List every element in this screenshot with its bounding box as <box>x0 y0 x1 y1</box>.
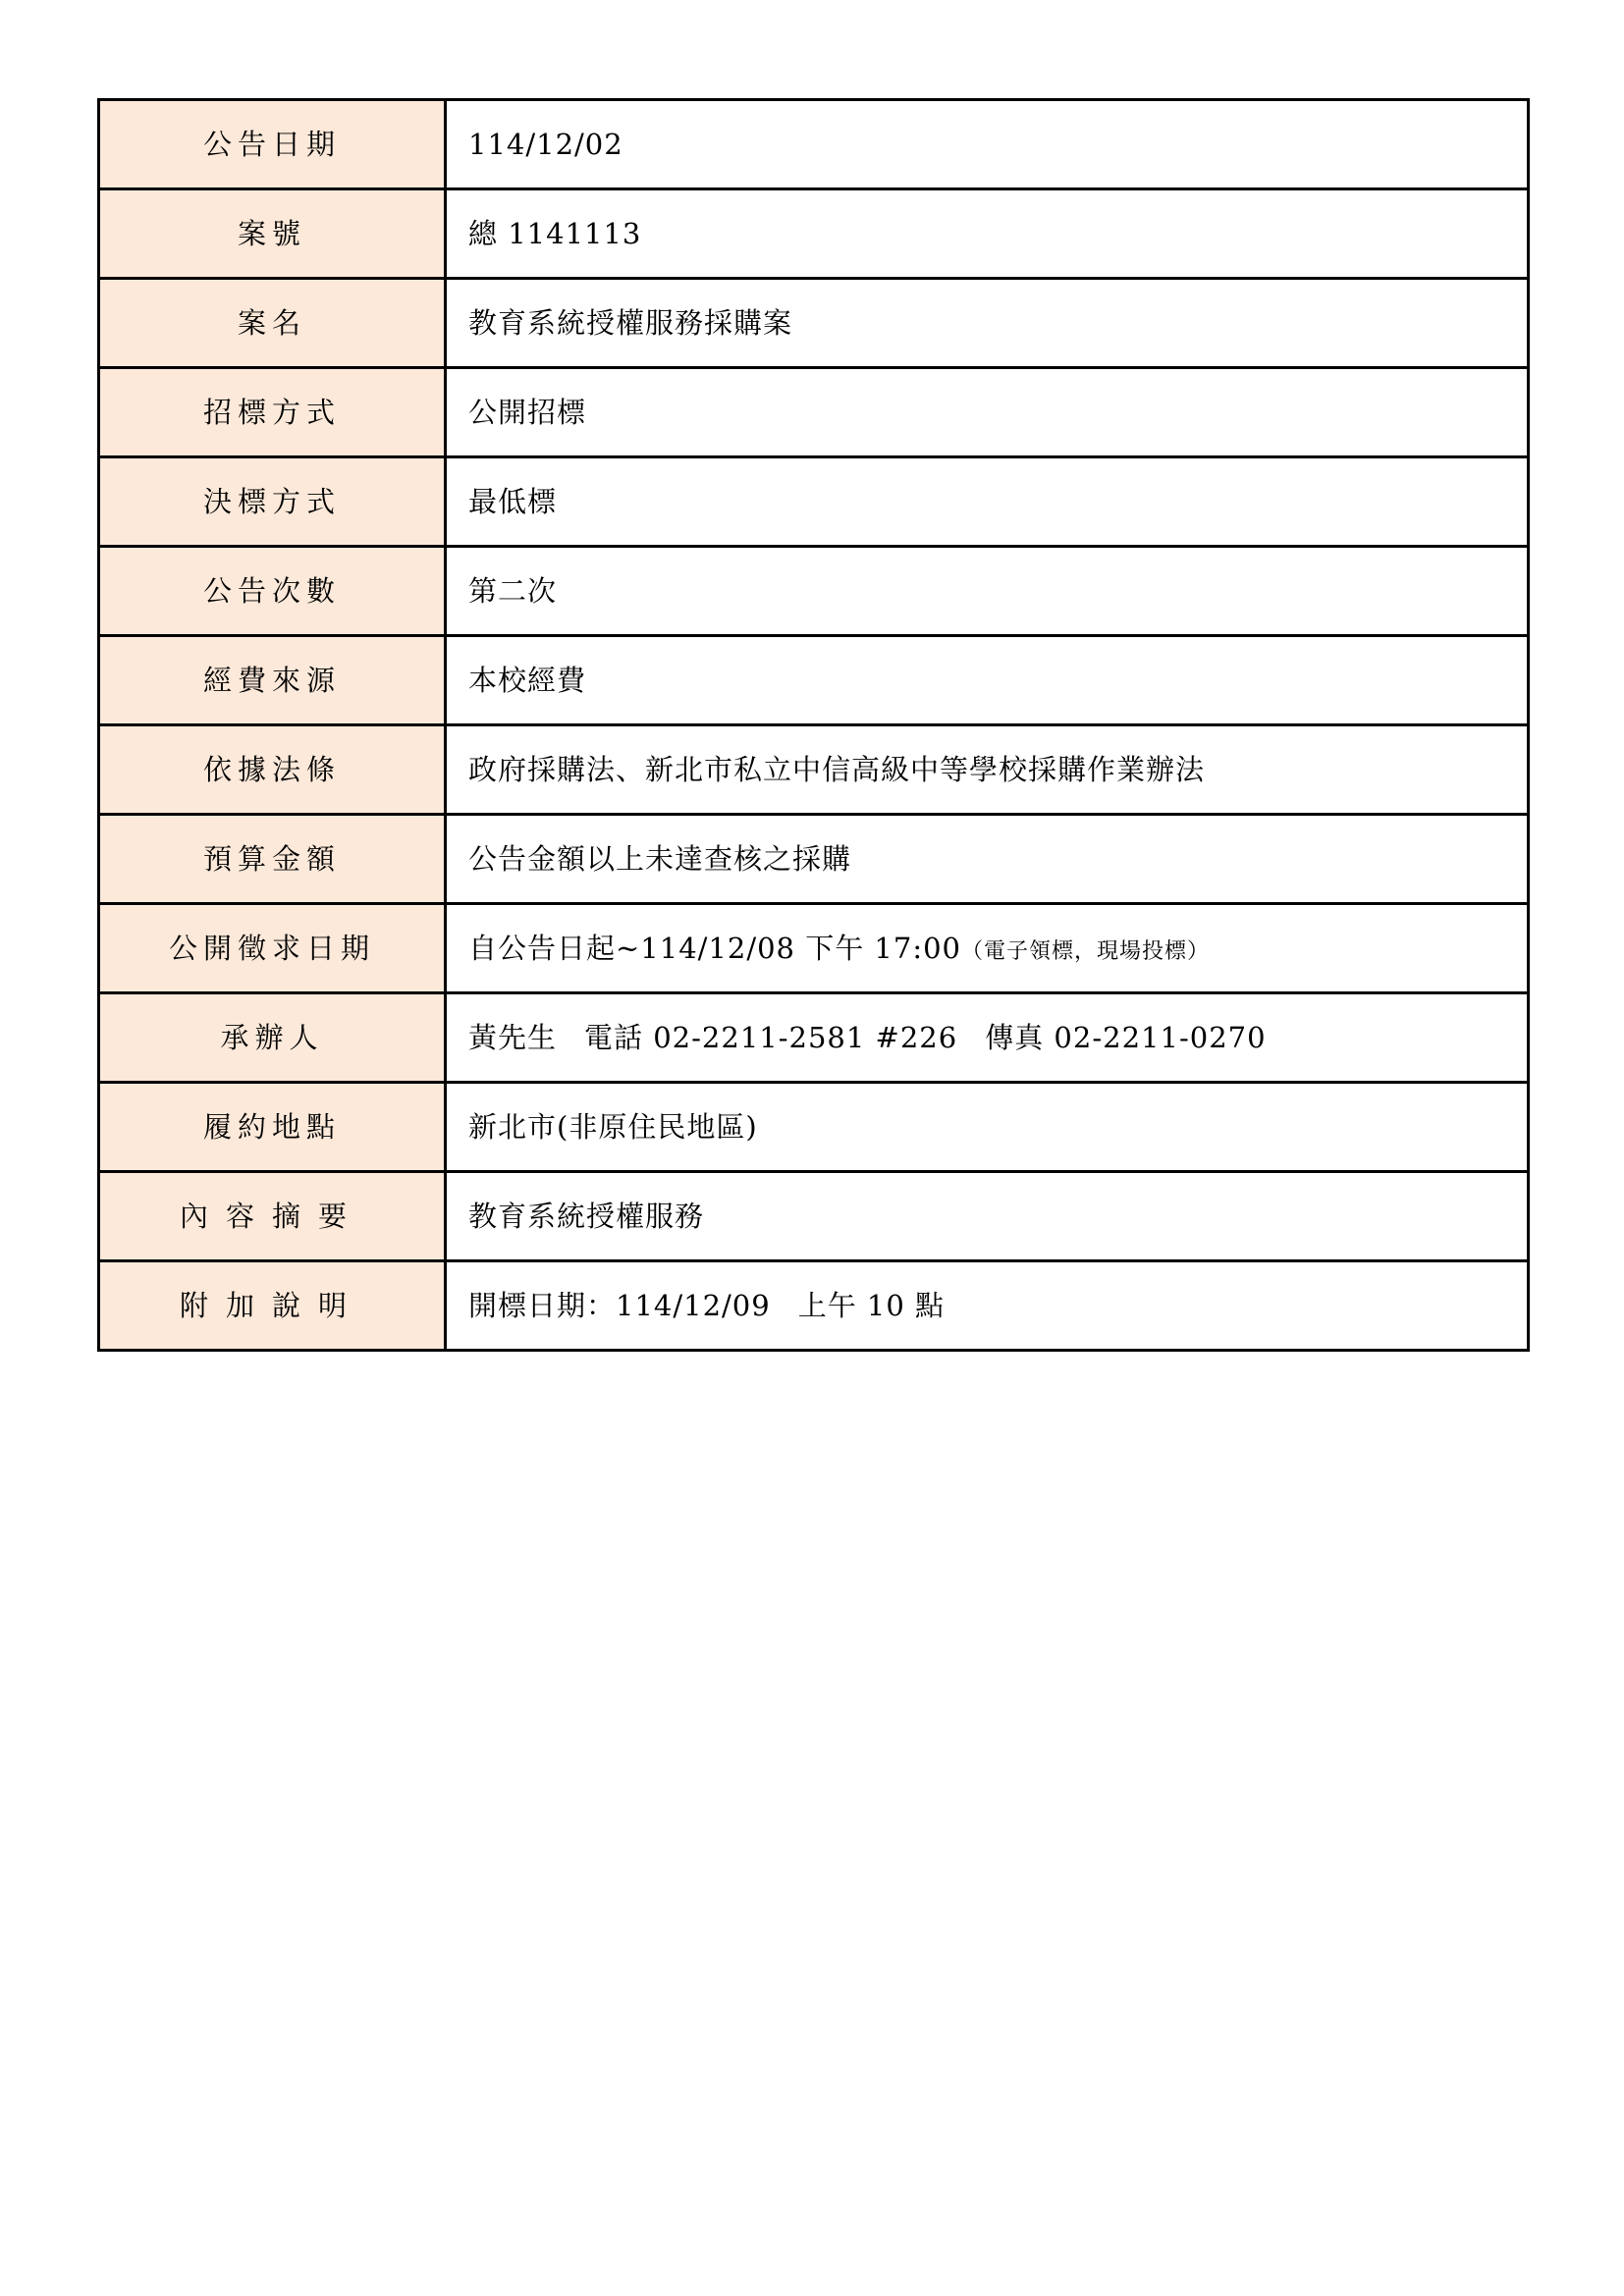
contact-name: 黃先生 <box>468 1021 557 1054</box>
row-contact-person: 承辦人 黃先生電話 02-2211-2581 #226傳真 02-2211-02… <box>99 993 1529 1083</box>
label-announcement-date: 公告日期 <box>99 100 446 189</box>
label-performance-location: 履約地點 <box>99 1083 446 1172</box>
row-announcement-date: 公告日期 114/12/02 <box>99 100 1529 189</box>
contact-phone: 電話 02-2211-2581 #226 <box>584 1021 957 1054</box>
value-funding-source: 本校經費 <box>446 636 1529 725</box>
value-tender-method: 公開招標 <box>446 368 1529 457</box>
value-case-name: 教育系統授權服務採購案 <box>446 279 1529 368</box>
label-case-number: 案號 <box>99 189 446 279</box>
row-case-name: 案名 教育系統授權服務採購案 <box>99 279 1529 368</box>
value-legal-basis: 政府採購法、新北市私立中信高級中等學校採購作業辦法 <box>446 725 1529 815</box>
label-case-name: 案名 <box>99 279 446 368</box>
label-tender-method: 招標方式 <box>99 368 446 457</box>
value-solicitation-period: 自公告日起~114/12/08 下午 17:00（電子領標，現場投標） <box>446 904 1529 993</box>
value-award-method: 最低標 <box>446 457 1529 547</box>
label-funding-source: 經費來源 <box>99 636 446 725</box>
value-announcement-date: 114/12/02 <box>446 100 1529 189</box>
label-announcement-count: 公告次數 <box>99 547 446 636</box>
row-legal-basis: 依據法條 政府採購法、新北市私立中信高級中等學校採購作業辦法 <box>99 725 1529 815</box>
label-solicitation-period: 公開徵求日期 <box>99 904 446 993</box>
row-case-number: 案號 總 1141113 <box>99 189 1529 279</box>
bid-opening-time: 上午 10 點 <box>798 1289 945 1322</box>
row-announcement-count: 公告次數 第二次 <box>99 547 1529 636</box>
label-additional-notes: 附加說明 <box>99 1261 446 1351</box>
value-content-summary: 教育系統授權服務 <box>446 1172 1529 1261</box>
solicitation-period-text: 自公告日起~114/12/08 下午 17:00 <box>468 932 961 965</box>
contact-fax: 傳真 02-2211-0270 <box>985 1021 1266 1054</box>
value-performance-location: 新北市(非原住民地區) <box>446 1083 1529 1172</box>
label-content-summary: 內容摘要 <box>99 1172 446 1261</box>
row-performance-location: 履約地點 新北市(非原住民地區) <box>99 1083 1529 1172</box>
label-award-method: 決標方式 <box>99 457 446 547</box>
row-additional-notes: 附加說明 開標日期：114/12/09上午 10 點 <box>99 1261 1529 1351</box>
row-tender-method: 招標方式 公開招標 <box>99 368 1529 457</box>
row-award-method: 決標方式 最低標 <box>99 457 1529 547</box>
row-content-summary: 內容摘要 教育系統授權服務 <box>99 1172 1529 1261</box>
label-budget-amount: 預算金額 <box>99 815 446 904</box>
value-announcement-count: 第二次 <box>446 547 1529 636</box>
row-funding-source: 經費來源 本校經費 <box>99 636 1529 725</box>
bid-opening-date: 開標日期：114/12/09 <box>468 1289 771 1322</box>
value-contact-person: 黃先生電話 02-2211-2581 #226傳真 02-2211-0270 <box>446 993 1529 1083</box>
value-additional-notes: 開標日期：114/12/09上午 10 點 <box>446 1261 1529 1351</box>
label-contact-person: 承辦人 <box>99 993 446 1083</box>
solicitation-period-note: （電子領標，現場投標） <box>961 939 1210 964</box>
value-budget-amount: 公告金額以上未達查核之採購 <box>446 815 1529 904</box>
row-solicitation-period: 公開徵求日期 自公告日起~114/12/08 下午 17:00（電子領標，現場投… <box>99 904 1529 993</box>
label-legal-basis: 依據法條 <box>99 725 446 815</box>
value-case-number: 總 1141113 <box>446 189 1529 279</box>
row-budget-amount: 預算金額 公告金額以上未達查核之採購 <box>99 815 1529 904</box>
tender-notice-table: 公告日期 114/12/02 案號 總 1141113 案名 教育系統授權服務採… <box>97 98 1530 1352</box>
